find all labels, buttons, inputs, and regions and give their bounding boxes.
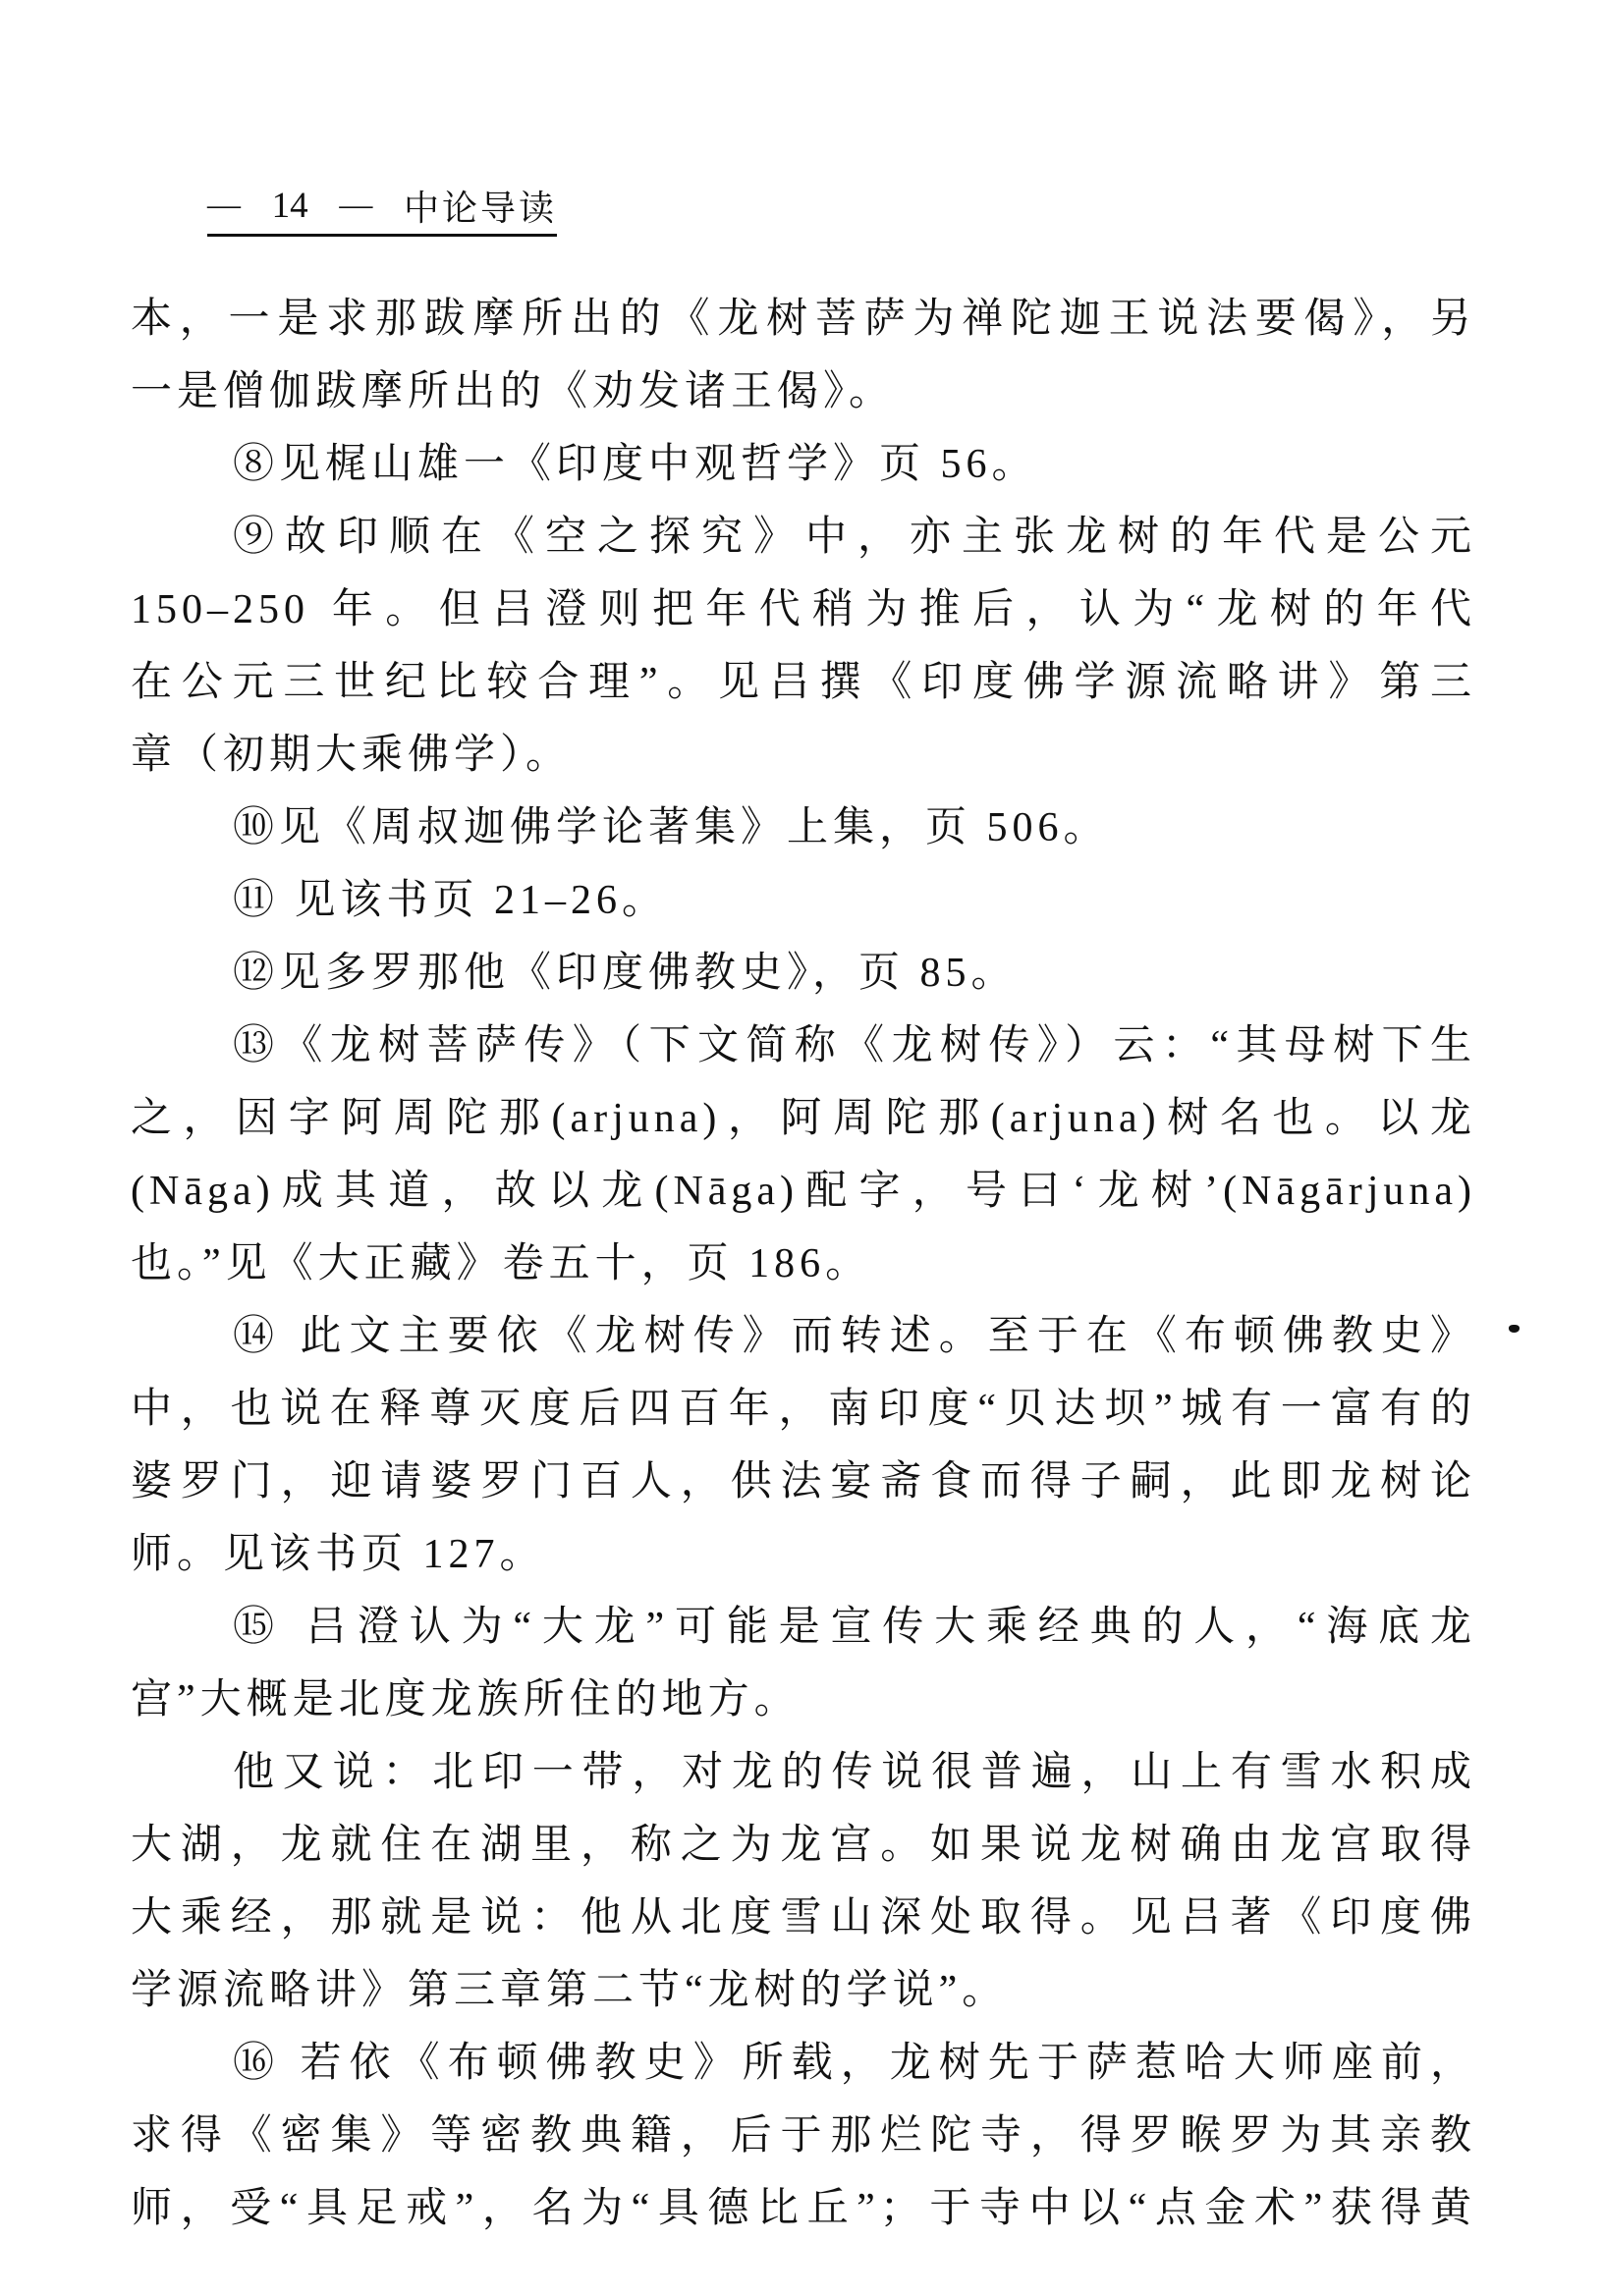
text-line: 也。”见《大正藏》卷五十，页 186。 <box>131 1228 1476 1300</box>
text-line: 婆罗门，迎请婆罗门百人，供法宴斋食而得子嗣，此即龙树论 <box>131 1446 1476 1518</box>
text-line-note-10: ⑩见《周叔迦佛学论著集》上集，页 506。 <box>131 792 1476 864</box>
text-line-note-16: ⑯ 若依《布顿佛教史》所载，龙树先于萨惹哈大师座前， <box>131 2027 1476 2100</box>
text-line-note-11: ⑪ 见该书页 21–26。 <box>131 864 1476 937</box>
text-line: 师。见该书页 127。 <box>131 1518 1476 1591</box>
running-header: — 14 — 中论导读 <box>207 181 557 237</box>
text-line: 大乘经，那就是说：他从北度雪山深处取得。见吕著《印度佛 <box>131 1882 1476 1954</box>
text-line: (Nāga)成其道，故以龙(Nāga)配字，号曰‘龙树’(Nāgārjuna) <box>131 1155 1476 1228</box>
text-line: 在公元三世纪比较合理”。见吕撰《印度佛学源流略讲》第三 <box>131 646 1476 719</box>
header-book-title: 中论导读 <box>404 181 557 231</box>
text-line: 一是僧伽跋摩所出的《劝发诸王偈》。 <box>131 355 1476 428</box>
text-line-note-12: ⑫见多罗那他《印度佛教史》，页 85。 <box>131 937 1476 1010</box>
text-line: 师，受“具足戒”，名为“具德比丘”；于寺中以“点金术”获得黄 <box>131 2172 1476 2245</box>
text-line: 150–250 年。但吕澄则把年代稍为推后，认为“龙树的年代 <box>131 574 1476 646</box>
text-block: 本，一是求那跋摩所出的《龙树菩萨为禅陀迦王说法要偈》，另 一是僧伽跋摩所出的《劝… <box>131 283 1476 2245</box>
text-line: 求得《密集》等密教典籍，后于那烂陀寺，得罗睺罗为其亲教 <box>131 2100 1476 2172</box>
text-line: 章（初期大乘佛学）。 <box>131 719 1476 792</box>
header-dash-left: — <box>207 187 241 224</box>
book-page: — 14 — 中论导读 本，一是求那跋摩所出的《龙树菩萨为禅陀迦王说法要偈》，另… <box>0 0 1603 2296</box>
text-line: 宫”大概是北度龙族所住的地方。 <box>131 1664 1476 1736</box>
text-line-note-9: ⑨故印顺在《空之探究》中，亦主张龙树的年代是公元 <box>131 501 1476 574</box>
text-line: 大湖，龙就住在湖里，称之为龙宫。如果说龙树确由龙宫取得 <box>131 1809 1476 1882</box>
text-line-note-13: ⑬《龙树菩萨传》（下文简称《龙树传》）云：“其母树下生 <box>131 1010 1476 1082</box>
text-line: 他又说：北印一带，对龙的传说很普遍，山上有雪水积成 <box>131 1736 1476 1809</box>
text-line: 学源流略讲》第三章第二节“龙树的学说”。 <box>131 1954 1476 2027</box>
text-line: 之，因字阿周陀那(arjuna)，阿周陀那(arjuna)树名也。以龙 <box>131 1082 1476 1155</box>
text-line: 本，一是求那跋摩所出的《龙树菩萨为禅陀迦王说法要偈》，另 <box>131 283 1476 355</box>
text-line-note-15: ⑮ 吕澄认为“大龙”可能是宣传大乘经典的人，“海底龙 <box>131 1591 1476 1664</box>
text-line: 中，也说在释尊灭度后四百年，南印度“贝达坝”城有一富有的 <box>131 1373 1476 1446</box>
header-dash-right: — <box>339 187 372 224</box>
header-page-number: 14 <box>272 185 308 227</box>
text-line-note-8: ⑧见梶山雄一《印度中观哲学》页 56。 <box>131 428 1476 501</box>
ink-speck <box>1509 1325 1520 1333</box>
text-line-note-14: ⑭ 此文主要依《龙树传》而转述。至于在《布顿佛教史》 <box>131 1300 1476 1373</box>
